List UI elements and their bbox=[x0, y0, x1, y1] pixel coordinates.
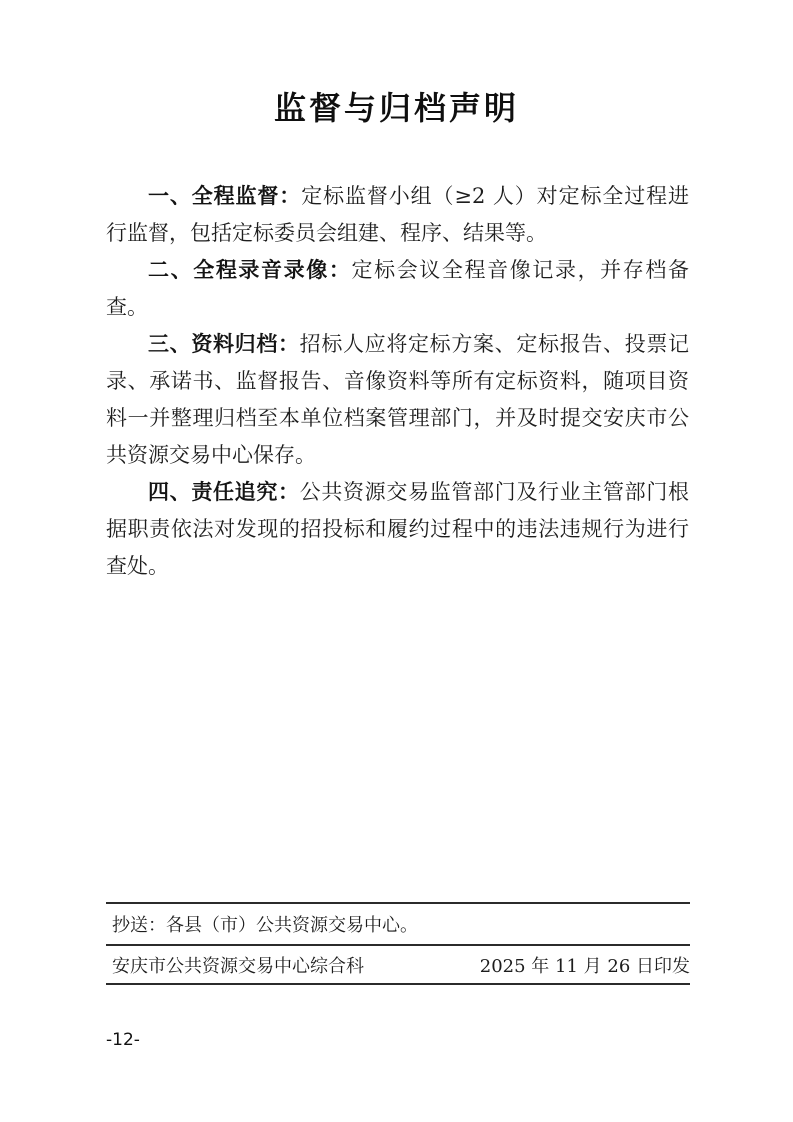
issue-row: 安庆市公共资源交易中心综合科 2025 年 11 月 26 日印发 bbox=[106, 946, 690, 983]
cc-line: 抄送：各县（市）公共资源交易中心。 bbox=[112, 911, 418, 937]
page-title: 监督与归档声明 bbox=[0, 86, 793, 130]
issuer-name: 安庆市公共资源交易中心综合科 bbox=[112, 952, 364, 978]
paragraph-full-supervision: 一、全程监督：定标监督小组（≥2 人）对定标全过程进行监督，包括定标委员会组建、… bbox=[106, 178, 689, 252]
document-body: 一、全程监督：定标监督小组（≥2 人）对定标全过程进行监督，包括定标委员会组建、… bbox=[106, 178, 689, 585]
paragraph-archiving: 三、资料归档：招标人应将定标方案、定标报告、投票记录、承诺书、监督报告、音像资料… bbox=[106, 326, 689, 474]
footer-rule-bottom bbox=[106, 983, 690, 985]
paragraph-lead: 四、责任追究： bbox=[148, 481, 300, 504]
cc-row: 抄送：各县（市）公共资源交易中心。 bbox=[106, 904, 690, 944]
document-page: 监督与归档声明 一、全程监督：定标监督小组（≥2 人）对定标全过程进行监督，包括… bbox=[0, 0, 793, 1122]
page-number: -12- bbox=[106, 1030, 140, 1050]
print-date: 2025 年 11 月 26 日印发 bbox=[480, 952, 690, 978]
paragraph-lead: 三、资料归档： bbox=[148, 333, 300, 356]
document-footer: 抄送：各县（市）公共资源交易中心。 安庆市公共资源交易中心综合科 2025 年 … bbox=[106, 902, 690, 985]
paragraph-lead: 一、全程监督： bbox=[148, 185, 301, 208]
paragraph-lead: 二、全程录音录像： bbox=[148, 259, 351, 282]
paragraph-accountability: 四、责任追究：公共资源交易监管部门及行业主管部门根据职责依法对发现的招投标和履约… bbox=[106, 474, 689, 585]
paragraph-recording: 二、全程录音录像：定标会议全程音像记录，并存档备查。 bbox=[106, 252, 689, 326]
